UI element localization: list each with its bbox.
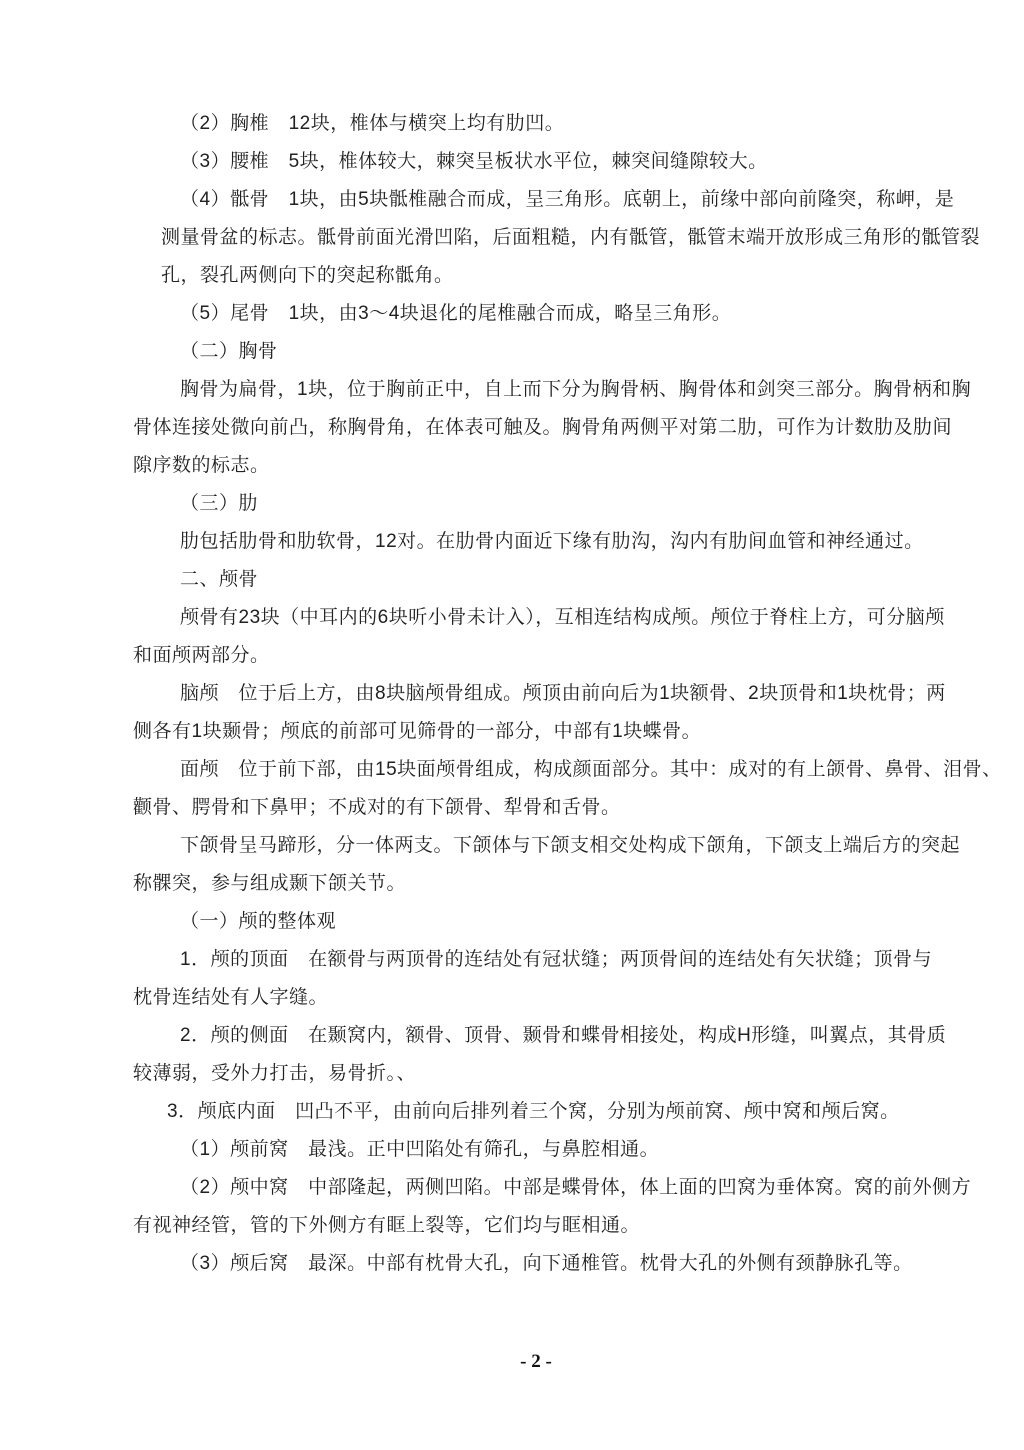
text-line: 面颅 位于前下部，由15块面颅骨组成，构成颜面部分。其中：成对的有上颌骨、鼻骨、… (133, 751, 1013, 789)
text-line: （二）胸骨 (133, 333, 1013, 371)
text-line: 脑颅 位于后上方，由8块脑颅骨组成。颅顶由前向后为1块额骨、2块顶骨和1块枕骨；… (133, 675, 1013, 713)
text-line: 1．颅的顶面 在额骨与两顶骨的连结处有冠状缝；两顶骨间的连结处有矢状缝；顶骨与 (133, 941, 1013, 979)
text-line: 2．颅的侧面 在颞窝内，额骨、顶骨、颞骨和蝶骨相接处，构成H形缝，叫翼点，其骨质 (133, 1017, 1013, 1055)
text-line: （3）腰椎 5块，椎体较大，棘突呈板状水平位，棘突间缝隙较大。 (133, 143, 1013, 181)
text-line: 二、颅骨 (133, 561, 1013, 599)
text-line: 下颌骨呈马蹄形，分一体两支。下颌体与下颌支相交处构成下颌角，下颌支上端后方的突起 (133, 827, 1013, 865)
text-line: 颧骨、腭骨和下鼻甲；不成对的有下颌骨、犁骨和舌骨。 (133, 789, 1013, 827)
document-page: （2）胸椎 12块，椎体与横突上均有肋凹。（3）腰椎 5块，椎体较大，棘突呈板状… (0, 0, 1024, 1450)
text-line: （2）胸椎 12块，椎体与横突上均有肋凹。 (133, 105, 1013, 143)
text-line: （5）尾骨 1块，由3～4块退化的尾椎融合而成，略呈三角形。 (133, 295, 1013, 333)
document-body: （2）胸椎 12块，椎体与横突上均有肋凹。（3）腰椎 5块，椎体较大，棘突呈板状… (133, 105, 1013, 1283)
text-line: 枕骨连结处有人字缝。 (133, 979, 1013, 1017)
text-line: （1）颅前窝 最浅。正中凹陷处有筛孔，与鼻腔相通。 (133, 1131, 1013, 1169)
text-line: 侧各有1块颞骨；颅底的前部可见筛骨的一部分，中部有1块蝶骨。 (133, 713, 1013, 751)
text-line: 骨体连接处微向前凸，称胸骨角，在体表可触及。胸骨角两侧平对第二肋，可作为计数肋及… (133, 409, 1013, 447)
text-line: 孔，裂孔两侧向下的突起称骶角。 (133, 257, 1013, 295)
text-line: （3）颅后窝 最深。中部有枕骨大孔，向下通椎管。枕骨大孔的外侧有颈静脉孔等。 (133, 1245, 1013, 1283)
text-line: 有视神经管，管的下外侧方有眶上裂等，它们均与眶相通。 (133, 1207, 1013, 1245)
text-line: 胸骨为扁骨，1块，位于胸前正中，自上而下分为胸骨柄、胸骨体和剑突三部分。胸骨柄和… (133, 371, 1013, 409)
text-line: 称髁突，参与组成颞下颌关节。 (133, 865, 1013, 903)
text-line: （4）骶骨 1块，由5块骶椎融合而成，呈三角形。底朝上，前缘中部向前隆突，称岬，… (133, 181, 1013, 219)
page-number: - 2 - (520, 1351, 552, 1372)
text-line: 较薄弱，受外力打击，易骨折。、 (133, 1055, 1013, 1093)
text-line: （2）颅中窝 中部隆起，两侧凹陷。中部是蝶骨体，体上面的凹窝为垂体窝。窝的前外侧… (133, 1169, 1013, 1207)
text-line: 颅骨有23块（中耳内的6块听小骨未计入），互相连结构成颅。颅位于脊柱上方，可分脑… (133, 599, 1013, 637)
text-line: 和面颅两部分。 (133, 637, 1013, 675)
text-line: （一）颅的整体观 (133, 903, 1013, 941)
text-line: （三）肋 (133, 485, 1013, 523)
text-line: 肋包括肋骨和肋软骨，12对。在肋骨内面近下缘有肋沟，沟内有肋间血管和神经通过。 (133, 523, 1013, 561)
text-line: 隙序数的标志。 (133, 447, 1013, 485)
page-footer: - 2 - (48, 1350, 1024, 1374)
text-line: 测量骨盆的标志。骶骨前面光滑凹陷，后面粗糙，内有骶管，骶管末端开放形成三角形的骶… (133, 219, 1013, 257)
text-line: 3．颅底内面 凹凸不平，由前向后排列着三个窝，分别为颅前窝、颅中窝和颅后窝。 (133, 1093, 1013, 1131)
